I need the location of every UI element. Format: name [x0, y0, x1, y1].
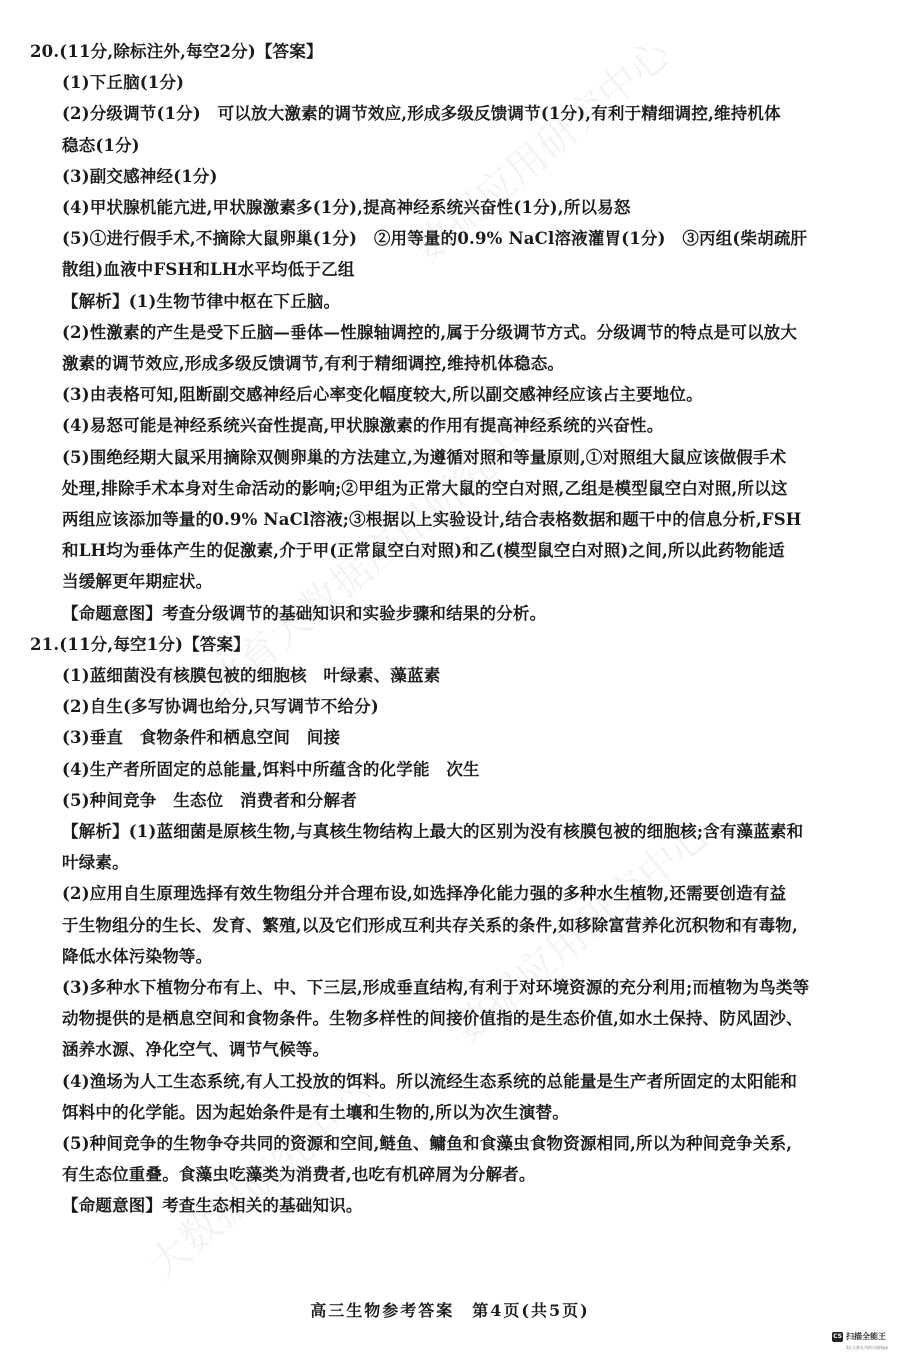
text-line: 涵养水源、净化空气、调节气候等。 — [62, 1040, 329, 1060]
text-line: (3)由表格可知,阻断副交感神经后心率变化幅度较大,所以副交感神经应该占主要地位… — [62, 385, 703, 405]
text-line: (5)①进行假手术,不摘除大鼠卵巢(1分) ②用等量的0.9% NaCl溶液灌胃… — [62, 229, 807, 249]
text-line: 两组应该添加等量的0.9% NaCl溶液;③根据以上实验设计,结合表格数据和题干… — [62, 510, 802, 530]
text-line: (5)种间竞争 生态位 消费者和分解者 — [62, 791, 357, 811]
text-line: 和LH均为垂体产生的促激素,介于甲(正常鼠空白对照)和乙(模型鼠空白对照)之间,… — [62, 541, 785, 561]
scanner-name: 扫描全能王 — [846, 1331, 886, 1342]
answer-page: 数据应用研究中心 教育大数据应用研究中心 数据应用研究中心 大数据研究中心 20… — [0, 0, 900, 1362]
text-line: (5)种间竞争的生物争夺共同的资源和空间,鲢鱼、鳙鱼和食藻虫食物资源相同,所以为… — [62, 1134, 792, 1154]
text-line: (4)渔场为人工生态系统,有人工投放的饵料。所以流经生态系统的总能量是生产者所固… — [62, 1072, 797, 1092]
text-line: 动物提供的是栖息空间和食物条件。生物多样性的间接价值指的是生态价值,如水土保持、… — [62, 1009, 803, 1029]
text-line: 处理,排除手术本身对生命活动的影响;②甲组为正常大鼠的空白对照,乙组是模型鼠空白… — [62, 479, 788, 499]
text-line: (5)围绝经期大鼠采用摘除双侧卵巢的方法建立,为遵循对照和等量原则,①对照组大鼠… — [62, 448, 786, 468]
text-line: 激素的调节效应,形成多级反馈调节,有利于精细调控,维持机体稳态。 — [62, 354, 564, 374]
text-line: (2)应用自生原理选择有效生物组分并合理布设,如选择净化能力强的多种水生植物,还… — [62, 884, 786, 904]
text-line: 饵料中的化学能。因为起始条件是有土壤和生物的,所以为次生演替。 — [62, 1103, 569, 1123]
text-line: (2)自生(多写协调也给分,只写调节不给分) — [62, 697, 379, 717]
scanner-logo: CS 扫描全能王 — [832, 1331, 886, 1342]
page-footer: 高三生物参考答案 第4页(共5页) — [0, 1298, 900, 1321]
text-line: 当缓解更年期症状。 — [62, 572, 212, 592]
text-line: 有生态位重叠。食藻虫吃藻类为消费者,也吃有机碎屑为分解者。 — [62, 1165, 536, 1185]
text-line: 【命题意图】考查分级调节的基础知识和实验步骤和结果的分析。 — [62, 604, 546, 624]
scanner-subtitle: 3亿人都在用的扫描App — [846, 1345, 888, 1351]
text-line: (2)分级调节(1分) 可以放大激素的调节效应,形成多级反馈调节(1分),有利于… — [62, 104, 781, 124]
text-line: (2)性激素的产生是受下丘脑—垂体—性腺轴调控的,属于分级调节方式。分级调节的特… — [62, 323, 797, 343]
text-line: 降低水体污染物等。 — [62, 947, 212, 967]
text-line: (3)多种水下植物分布有上、中、下三层,形成垂直结构,有利于对环境资源的充分利用… — [62, 978, 809, 998]
text-line: (4)易怒可能是神经系统兴奋性提高,甲状腺激素的作用有提高神经系统的兴奋性。 — [62, 416, 663, 436]
text-line: (3)副交感神经(1分) — [62, 167, 218, 187]
question-heading: 20.(11分,除标注外,每空2分)【答案】 — [30, 42, 323, 62]
text-line: 稳态(1分) — [62, 136, 140, 156]
camscanner-icon: CS — [832, 1332, 843, 1342]
text-line: 【解析】(1)蓝细菌是原核生物,与真核生物结构上最大的区别为没有核膜包被的细胞核… — [62, 822, 803, 842]
text-line: 【解析】(1)生物节律中枢在下丘脑。 — [62, 292, 340, 312]
text-line: 【命题意图】考查生态相关的基础知识。 — [62, 1196, 363, 1216]
text-line: (4)甲状腺机能亢进,甲状腺激素多(1分),提高神经系统兴奋性(1分),所以易怒 — [62, 198, 631, 218]
text-line: 散组)血液中FSH和LH水平均低于乙组 — [62, 260, 355, 280]
text-line: (1)蓝细菌没有核膜包被的细胞核 叶绿素、藻蓝素 — [62, 666, 440, 686]
text-line: (1)下丘脑(1分) — [62, 73, 184, 93]
text-line: (3)垂直 食物条件和栖息空间 间接 — [62, 728, 340, 748]
question-heading: 21.(11分,每空1分)【答案】 — [30, 635, 250, 655]
text-line: (4)生产者所固定的总能量,饵料中所蕴含的化学能 次生 — [62, 760, 480, 780]
text-line: 叶绿素。 — [62, 853, 129, 873]
text-line: 于生物组分的生长、发育、繁殖,以及它们形成互利共存关系的条件,如移除富营养化沉积… — [62, 916, 798, 936]
